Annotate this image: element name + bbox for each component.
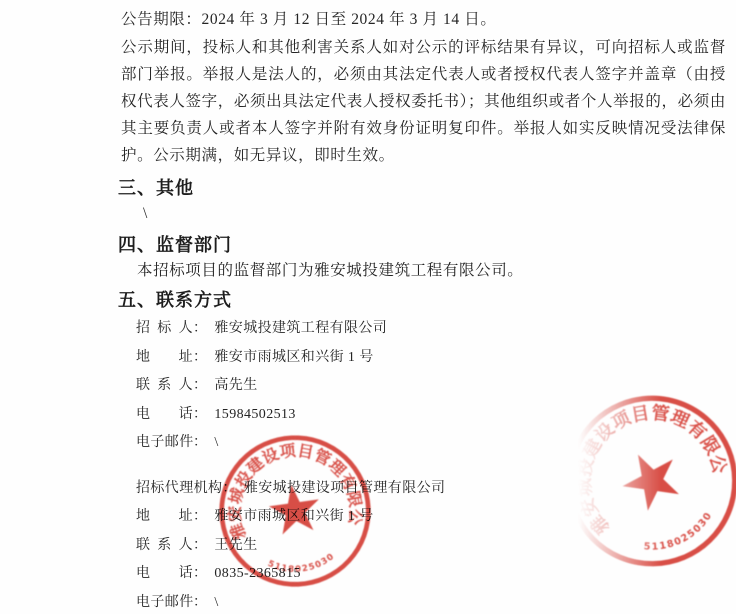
contact-label: 地址	[136, 503, 193, 532]
contact-row-address: 地址：雅安市雨城区和兴街 1 号	[136, 344, 726, 373]
contact-value: 雅安城投建设项目管理有限公司	[244, 481, 446, 496]
contact-value: 高先生	[214, 378, 257, 393]
contact-colon: ：	[193, 589, 207, 614]
contact-label: 联系人	[136, 532, 193, 561]
contact-row-email: 电子邮件：\	[136, 589, 726, 614]
contact-value: 雅安城投建筑工程有限公司	[214, 321, 387, 336]
contact-colon: ：	[193, 344, 207, 373]
contact-value: 雅安市雨城区和兴街 1 号	[214, 350, 373, 365]
document-content: 公告期限：2024 年 3 月 12 日至 2024 年 3 月 14 日。 公…	[121, 5, 726, 614]
contact-label: 电话	[136, 560, 193, 589]
contact-label: 电子邮件	[136, 589, 193, 614]
contact-colon: ：	[193, 401, 207, 430]
contact-label: 联系人	[136, 372, 193, 401]
contact-value: 雅安市雨城区和兴街 1 号	[214, 509, 373, 524]
contact-colon: ：	[193, 429, 207, 458]
contact-colon: ：	[193, 503, 207, 532]
contact-row-address: 地址：雅安市雨城区和兴街 1 号	[136, 503, 726, 532]
contact-row-phone: 电话：15984502513	[136, 401, 726, 430]
section-heading-supervision: 四、监督部门	[118, 232, 726, 258]
contact-value: 王先生	[214, 538, 257, 553]
contact-label: 电话	[136, 401, 193, 430]
section-body-supervision: 本招标项目的监督部门为雅安城投建筑工程有限公司。	[137, 258, 726, 284]
contact-label: 电子邮件	[136, 429, 193, 458]
agency-contact-block: 招标代理机构：雅安城投建设项目管理有限公司 地址：雅安市雨城区和兴街 1 号 联…	[136, 475, 726, 614]
section-heading-other: 三、其他	[118, 175, 726, 201]
contact-label: 招标代理机构	[136, 475, 222, 504]
contact-value: 0835-2365815	[214, 566, 300, 581]
contact-colon: ：	[222, 475, 236, 504]
contact-value: \	[214, 435, 218, 450]
contact-label: 地址	[136, 344, 193, 373]
notice-period-line: 公告期限：2024 年 3 月 12 日至 2024 年 3 月 14 日。	[121, 5, 726, 34]
section-heading-contact: 五、联系方式	[118, 287, 726, 313]
contact-colon: ：	[193, 560, 207, 589]
contact-row-agency: 招标代理机构：雅安城投建设项目管理有限公司	[136, 475, 726, 504]
tenderer-contact-block: 招标人：雅安城投建筑工程有限公司 地址：雅安市雨城区和兴街 1 号 联系人：高先…	[136, 315, 726, 458]
contact-label: 招标人	[136, 315, 193, 344]
contact-row-email: 电子邮件：\	[136, 429, 726, 458]
contact-row-phone: 电话：0835-2365815	[136, 560, 726, 589]
contact-value: \	[214, 595, 218, 610]
contact-row-person: 联系人：王先生	[136, 532, 726, 561]
contact-row-person: 联系人：高先生	[136, 372, 726, 401]
section-body-other-placeholder: \	[143, 201, 726, 227]
contact-row-tenderer: 招标人：雅安城投建筑工程有限公司	[136, 315, 726, 344]
contact-colon: ：	[193, 315, 207, 344]
contact-colon: ：	[193, 372, 207, 401]
contact-value: 15984502513	[214, 407, 295, 422]
document-page: 公告期限：2024 年 3 月 12 日至 2024 年 3 月 14 日。 公…	[0, 0, 736, 614]
contact-colon: ：	[193, 532, 207, 561]
publicity-paragraph: 公示期间，投标人和其他利害关系人如对公示的评标结果有异议，可向招标人或监督部门举…	[121, 34, 726, 169]
